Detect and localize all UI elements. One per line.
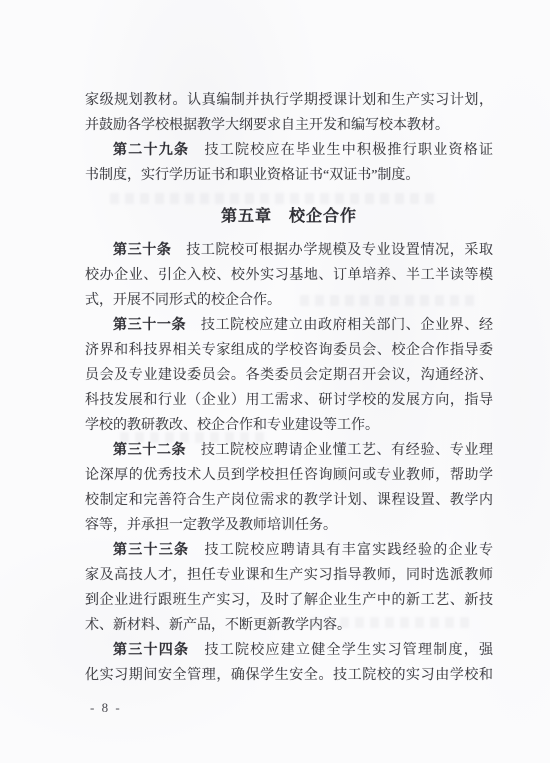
- page-number: - 8 -: [90, 700, 122, 716]
- text-line: 第三十一条 技工院校应建立由政府相关部门、企业界、经: [85, 313, 493, 338]
- text-line: 化实习期间安全管理，确保学生安全。技工院校的实习由学校和: [85, 663, 493, 688]
- text-line: 论深厚的优秀技术人员到学校担任咨询顾问或专业教师，帮助学: [85, 463, 493, 488]
- text-line: 济界和科技界相关专家组成的学校咨询委员会、校企合作指导委: [85, 338, 493, 363]
- text-line: 容等，并承担一定教学及教师培训任务。: [85, 513, 493, 538]
- text-line: 科技发展和行业（企业）用工需求、研讨学校的发展方向，指导: [85, 388, 493, 413]
- text-line: 校制定和完善符合生产岗位需求的教学计划、课程设置、教学内: [85, 488, 493, 513]
- text-line: 书制度，实行学历证书和职业资格证书“双证书”制度。: [85, 163, 493, 188]
- text-line: 校办企业、引企入校、校外实习基地、订单培养、半工半读等模: [85, 263, 493, 288]
- text-line: 家及高技人才，担任专业课和生产实习指导教师，同时选派教师: [85, 563, 493, 588]
- document-body: 家级规划教材。认真编制并执行学期授课计划和生产实习计划，并鼓励各学校根据教学大纲…: [85, 88, 493, 688]
- article-number: 第二十九条: [113, 143, 189, 158]
- text-line: 学校的教研教改、校企合作和专业建设等工作。: [85, 413, 493, 438]
- article-number: 第三十三条: [113, 543, 189, 558]
- text-line: 员会及专业建设委员会。各类委员会定期召开会议，沟通经济、: [85, 363, 493, 388]
- text-line: 第二十九条 技工院校应在毕业生中积极推行职业资格证: [85, 138, 493, 163]
- text-line: 第三十条 技工院校可根据办学规模及专业设置情况，采取: [85, 238, 493, 263]
- article-number: 第三十一条: [113, 318, 186, 333]
- text-line: 术、新材料、新产品，不断更新教学内容。: [85, 613, 493, 638]
- text-line: 第三十二条 技工院校应聘请企业懂工艺、有经验、专业理: [85, 438, 493, 463]
- text-line: 式，开展不同形式的校企合作。: [85, 288, 493, 313]
- chapter-heading: 第五章 校企合作: [85, 204, 493, 230]
- text-line: 第三十三条 技工院校应聘请具有丰富实践经验的企业专: [85, 538, 493, 563]
- text-line: 到企业进行跟班生产实习，及时了解企业生产中的新工艺、新技: [85, 588, 493, 613]
- text-line: 并鼓励各学校根据教学大纲要求自主开发和编写校本教材。: [85, 113, 493, 138]
- article-number: 第三十条: [113, 243, 172, 258]
- text-line: 第三十四条 技工院校应建立健全学生实习管理制度，强: [85, 638, 493, 663]
- article-number: 第三十二条: [113, 443, 186, 458]
- text-line: 家级规划教材。认真编制并执行学期授课计划和生产实习计划，: [85, 88, 493, 113]
- article-number: 第三十四条: [113, 643, 189, 658]
- scanned-document-page: 家级规划教材。认真编制并执行学期授课计划和生产实习计划，并鼓励各学校根据教学大纲…: [0, 0, 550, 763]
